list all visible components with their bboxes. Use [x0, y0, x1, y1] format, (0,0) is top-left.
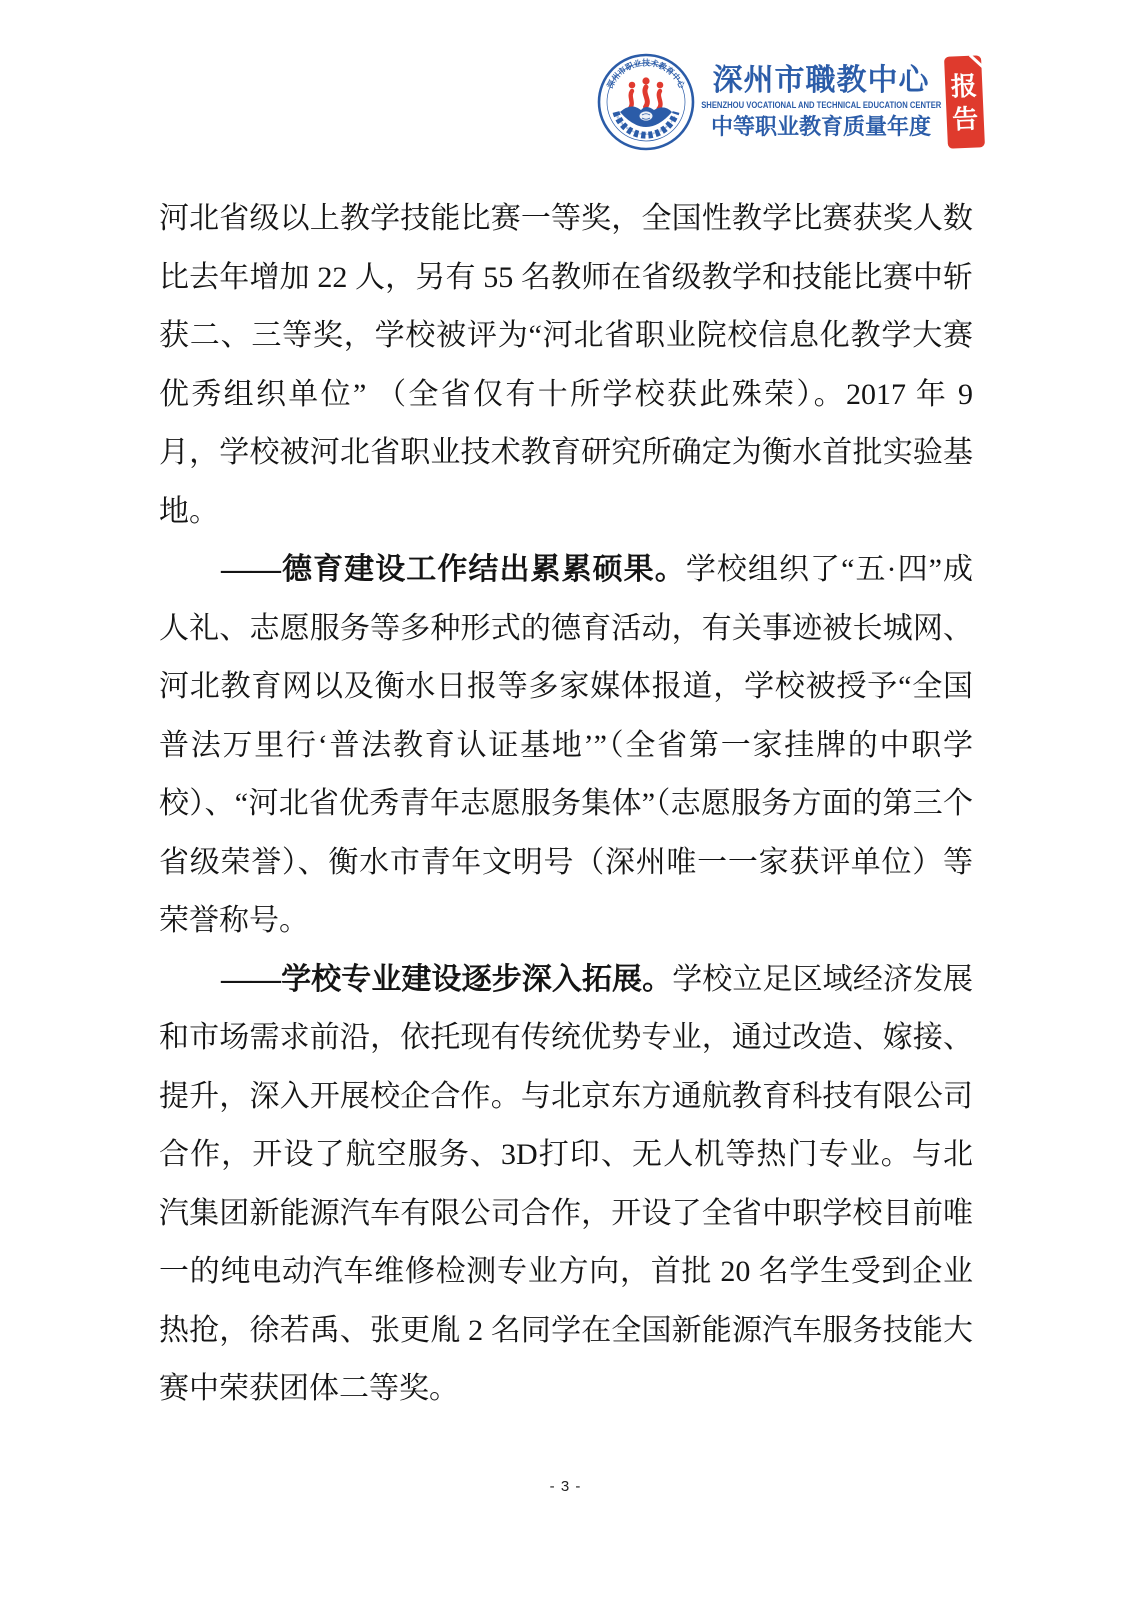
report-subtitle: 中等职业教育质量年度 — [711, 114, 931, 140]
document-body: 河北省级以上教学技能比赛一等奖，全国性教学比赛获奖人数比去年增加 22 人，另有… — [159, 190, 973, 1419]
paragraph: ——学校专业建设逐步深入拓展。学校立足区域经济发展和市场需求前沿，依托现有传统优… — [159, 951, 973, 1419]
paragraph-text: 学校组织了“五·四”成人礼、志愿服务等多种形式的德育活动，有关事迹被长城网、河北… — [159, 553, 973, 937]
paragraph-lead: ——德育建设工作结出累累硕果。 — [221, 553, 686, 586]
report-header: 深州市职业技术教育中心 Shenzhou Vocational and Tech… — [596, 52, 983, 152]
school-logo-emblem: 深州市职业技术教育中心 Shenzhou Vocational and Tech… — [596, 52, 696, 152]
page-number: - 3 - — [550, 1478, 582, 1495]
school-title-cn: 深州市職教中心 — [713, 64, 930, 98]
header-titles: 深州市職教中心 SHENZHOU VOCATIONAL AND TECHNICA… — [712, 64, 930, 140]
paragraph: ——德育建设工作结出累累硕果。学校组织了“五·四”成人礼、志愿服务等多种形式的德… — [159, 541, 973, 951]
school-title-en: SHENZHOU VOCATIONAL AND TECHNICAL EDUCAT… — [701, 100, 941, 111]
paragraph: 河北省级以上教学技能比赛一等奖，全国性教学比赛获奖人数比去年增加 22 人，另有… — [159, 190, 973, 541]
school-logo: 深州市职业技术教育中心 Shenzhou Vocational and Tech… — [596, 52, 696, 152]
badge-char-top: 报 — [950, 72, 977, 99]
paragraph-lead: ——学校专业建设逐步深入拓展。 — [221, 963, 672, 996]
page-footer: - 3 - — [0, 1478, 1131, 1495]
paragraph-text: 学校立足区域经济发展和市场需求前沿，依托现有传统优势专业，通过改造、嫁接、提升，… — [159, 963, 973, 1406]
badge-char-bottom: 告 — [952, 105, 979, 132]
report-badge: 报 告 — [944, 55, 985, 149]
document-page: 深州市职业技术教育中心 Shenzhou Vocational and Tech… — [0, 0, 1131, 1600]
paragraph-text: 河北省级以上教学技能比赛一等奖，全国性教学比赛获奖人数比去年增加 22 人，另有… — [159, 202, 973, 528]
